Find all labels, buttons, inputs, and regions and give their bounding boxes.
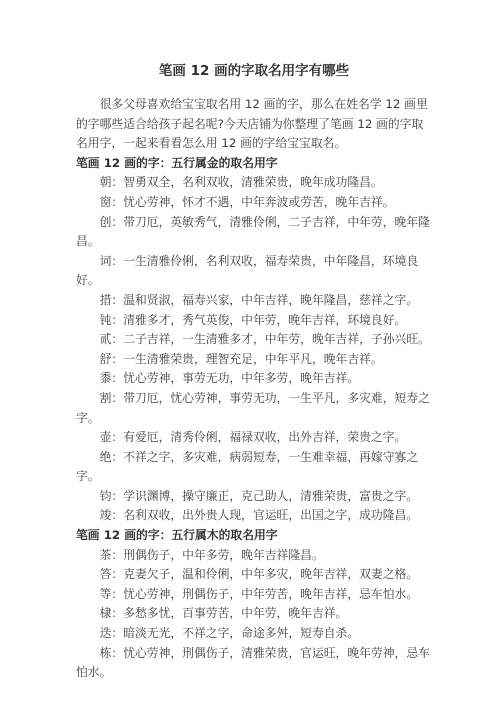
entry-metal-12: 绝：不祥之字，多灾难，病弱短寿，一生难幸福，再嫁守寡之字。 — [76, 448, 432, 487]
entry-metal-14: 竣：名利双收，出外贵人现，官运旺，出国之字，成功隆昌。 — [76, 506, 432, 526]
entry-wood-4: 棣：多愁多忧，百事劳苦，中年劳，晚年吉祥。 — [76, 604, 432, 624]
entry-metal-11: 壶：有爱厄，清秀伶俐，福禄双收，出外吉祥，荣贵之字。 — [76, 428, 432, 448]
document-page: 笔画 12 画的字取名用字有哪些 很多父母喜欢给宝宝取名用 12 画的字，那么在… — [0, 0, 500, 707]
entry-metal-7: 贰：二子吉祥，一生清雅多才，中年劳，晚年吉祥，子孙兴旺。 — [76, 330, 432, 350]
entry-metal-10: 割：带刀厄，忧心劳神，事劳无功，一生平凡，多灾难，短寿之字。 — [76, 389, 432, 428]
entry-metal-8: 舒：一生清雅荣贵，理智充足，中年平凡，晚年吉祥。 — [76, 350, 432, 370]
section-heading-metal: 笔画 12 画的字：五行属金的取名用字 — [76, 154, 432, 174]
entry-metal-3: 创：带刀厄，英敏秀气，清雅伶俐，二子吉祥，中年劳，晚年隆昌。 — [76, 213, 432, 252]
doc-title: 笔画 12 画的字取名用字有哪些 — [76, 61, 432, 81]
entry-wood-2: 答：克妻欠子，温和伶俐，中年多灾，晚年吉祥，双妻之格。 — [76, 565, 432, 585]
entry-metal-2: 窗：忧心劳神，怀才不遇，中年奔波或劳苦，晚年吉祥。 — [76, 193, 432, 213]
document-content: 笔画 12 画的字取名用字有哪些 很多父母喜欢给宝宝取名用 12 画的字，那么在… — [0, 0, 500, 683]
entry-metal-4: 词：一生清雅伶俐，名利双收，福寿荣贵，中年隆昌，环境良好。 — [76, 252, 432, 291]
entry-metal-9: 黍：忧心劳神，事劳无功，中年多劳，晚年吉祥。 — [76, 369, 432, 389]
section-heading-wood: 笔画 12 画的字：五行属木的取名用字 — [76, 526, 432, 546]
entry-wood-6: 栋：忧心劳神，刑偶伤子，清雅荣贵，官运旺，晚年劳神，忌车怕水。 — [76, 644, 432, 683]
entry-metal-5: 措：温和贤淑，福寿兴家，中年吉祥，晚年隆昌，慈祥之字。 — [76, 291, 432, 311]
entry-metal-13: 钧：学识渊博，操守廉正，克己助人，清雅荣贵，富贵之字。 — [76, 487, 432, 507]
entry-metal-1: 朝：智勇双全，名利双收，清雅荣贵，晚年成功隆昌。 — [76, 173, 432, 193]
intro-paragraph: 很多父母喜欢给宝宝取名用 12 画的字，那么在姓名学 12 画里的字哪些适合给孩… — [76, 95, 432, 154]
entry-wood-5: 迭：暗淡无光，不祥之字，命途多舛，短寿自杀。 — [76, 624, 432, 644]
entry-metal-6: 钝：清雅多才，秀气英俊，中年劳，晚年吉祥，环境良好。 — [76, 311, 432, 331]
entry-wood-1: 茶：刑偶伤子，中年多劳，晚年吉祥隆昌。 — [76, 546, 432, 566]
entry-wood-3: 等：忧心劳神，刑偶伤子，中年劳苦，晚年吉祥，忌车怕水。 — [76, 585, 432, 605]
